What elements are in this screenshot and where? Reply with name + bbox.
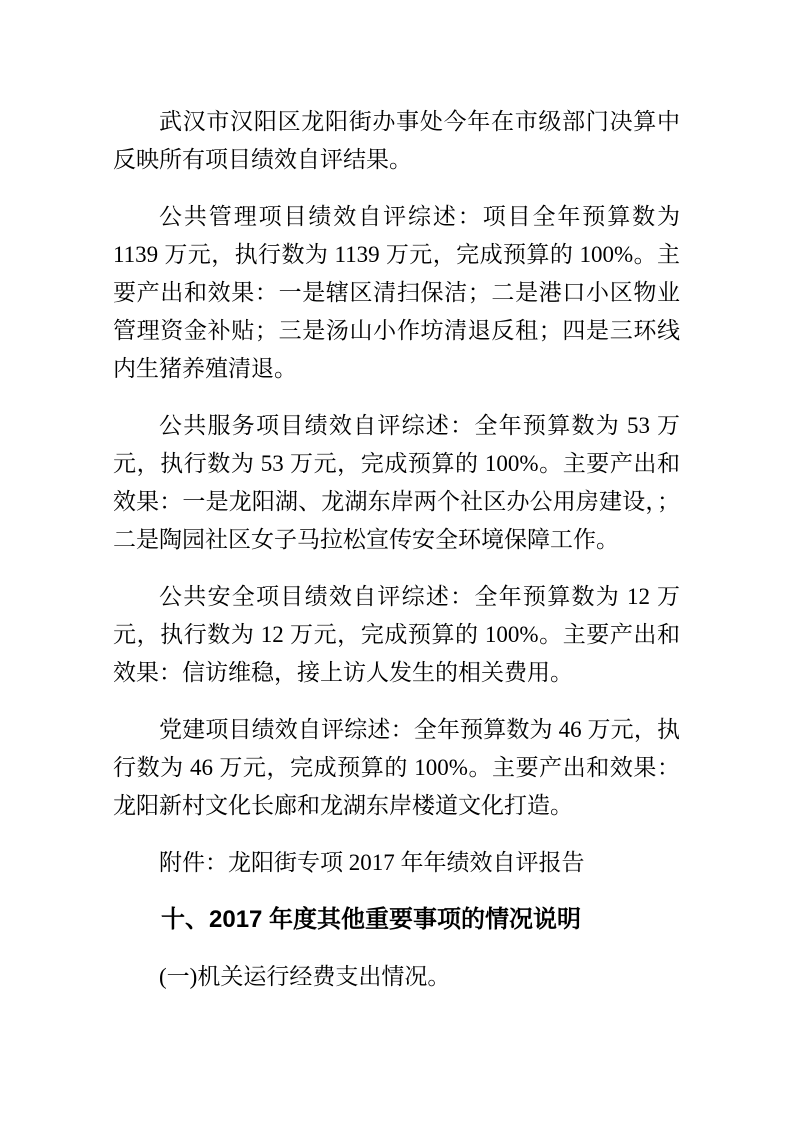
paragraph-public-management-summary: 公共管理项目绩效自评综述：项目全年预算数为 1139 万元，执行数为 1139 … [113,198,680,388]
section-heading: 十、2017 年度其他重要事项的情况说明 [113,901,680,939]
paragraph-public-safety-summary: 公共安全项目绩效自评综述：全年预算数为 12 万元，执行数为 12 万元，完成预… [113,578,680,692]
paragraph-self-evaluation-intro: 武汉市汉阳区龙阳街办事处今年在市级部门决算中反映所有项目绩效自评结果。 [113,103,680,179]
paragraph-party-building-summary: 党建项目绩效自评综述：全年预算数为 46 万元，执行数为 46 万元，完成预算的… [113,711,680,825]
paragraph-agency-operating-expense: (一)机关运行经费支出情况。 [113,958,680,996]
paragraph-public-service-summary: 公共服务项目绩效自评综述：全年预算数为 53 万元，执行数为 53 万元，完成预… [113,407,680,559]
document-page: 武汉市汉阳区龙阳街办事处今年在市级部门决算中反映所有项目绩效自评结果。 公共管理… [0,0,793,1122]
attachment-line: 附件：龙阳街专项 2017 年年绩效自评报告 [113,844,680,882]
